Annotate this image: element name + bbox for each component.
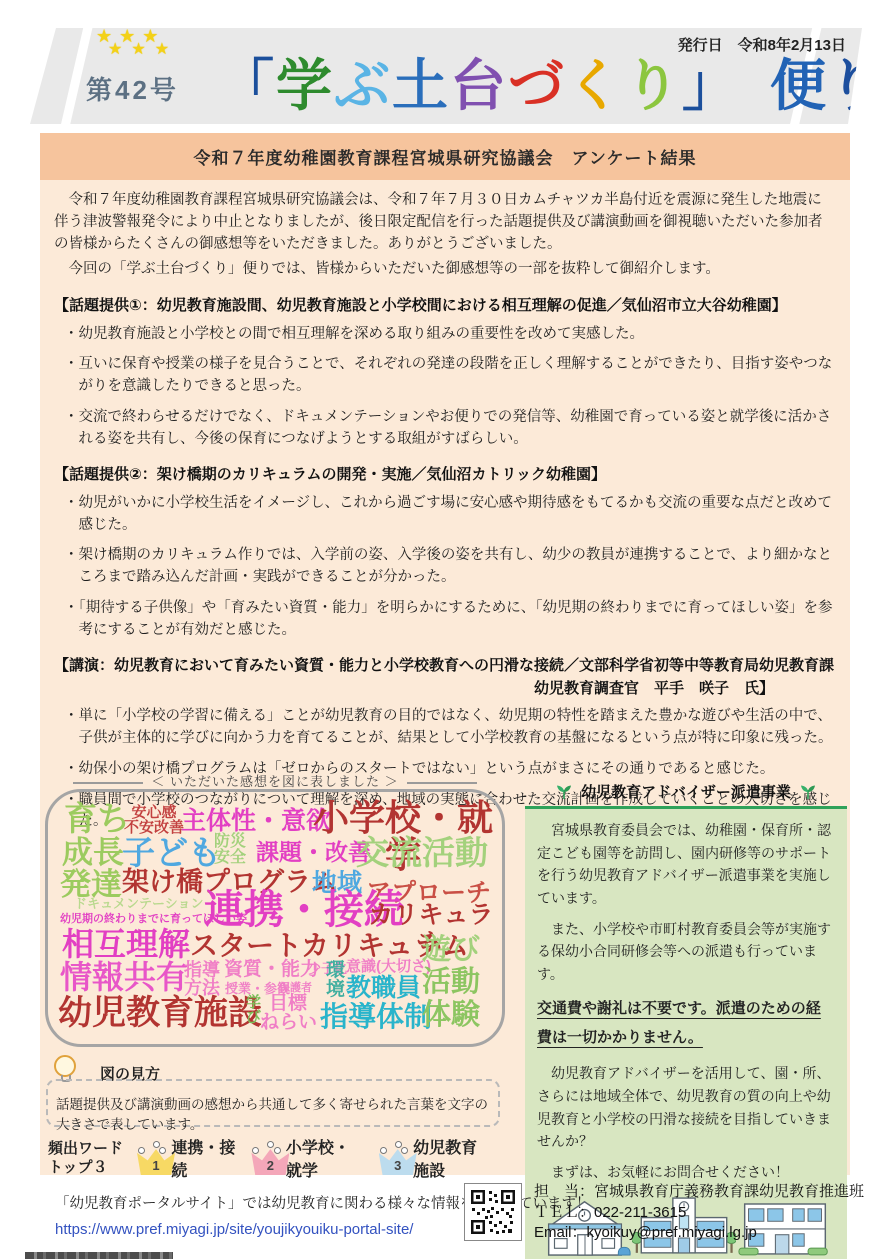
intro-paragraph: 今回の「学ぶ土台づくり」便りでは、皆様からいただいた御感想等の一部を抜粋して御紹… [54,259,836,281]
word-cloud-word: 教職員 [346,976,421,1002]
word-cloud-word: 課題・改善 [256,841,371,864]
contact-tel: ＴＥＬ：022-211-3615 [534,1203,864,1224]
top3-item-2: 2 小学校・就学 [251,1135,362,1181]
word-cloud-word: 目標 [269,994,307,1013]
newsletter-body: 令和７年度幼稚園教育課程宮城県研究協議会 アンケート結果 令和７年度幼稚園教育課… [40,133,850,1175]
advisor-paragraph: まずは、お気軽にお問合せください！ [537,1161,835,1184]
contact-block: 担 当：宮城県教育庁義務教育課幼児教育推進班 ＴＥＬ：022-211-3615 … [534,1182,864,1244]
title-char: 便 [770,54,828,117]
top3-item-3: 3 幼児教育施設 [379,1135,490,1181]
top3-item-1: 1 連携・接続 [137,1135,235,1181]
word-cloud-word: 交流活動 [356,836,488,870]
word-cloud-word: 資質・能力 [224,960,319,979]
frequent-words-top3: 頻出ワード トップ３ 1 連携・接続 2 小学校・就学 3 [48,1135,506,1181]
section-heading-topic2: 【話題提供②：架け橋期のカリキュラムの開発・実施／気仙沼カトリック幼稚園】 [54,464,836,487]
word-cloud-word: 学 び [246,995,261,1026]
title-char: く [566,54,624,117]
advisor-highlight: 交通費や謝礼は不要です。派遣のための経費は一切かかりません。 [537,994,835,1053]
word-cloud-word: 幼児教育施設 [58,996,262,1031]
top3-word: 連携・接続 [171,1135,235,1181]
word-cloud-word: 幼児期の終わりまでに育ってほしい姿 [60,914,247,925]
title-char: 」 [682,54,712,117]
qr-code [464,1183,522,1241]
word-cloud-word: 安心感 不安改善 [124,805,184,836]
word-cloud-word: 指導体制 [320,1003,432,1032]
title-char: 土 [392,54,450,117]
crown-1-icon: 1 [137,1141,167,1175]
bullet-item: 幼児教育施設と小学校との間で相互理解を深める取り組みの重要性を改めて実感した。 [64,324,834,346]
crown-2-icon: 2 [251,1141,281,1175]
word-cloud-word: 相互理解 [62,928,190,961]
word-cloud-word: 意識(大切さ) [346,959,431,974]
section-heading-topic1: 【話題提供①：幼児教育施設間、幼児教育施設と小学校間における相互理解の促進／気仙… [54,295,836,318]
word-cloud-word: 子ども [122,836,221,870]
bullet-item: 「期待する子供像」や「育みたい資質・能力」を明らかにするために、「幼児期の終わり… [64,598,834,642]
advisor-paragraph: 宮城県教育委員会では、幼稚園・保育所・認定こども園等を訪問し、園内研修等のサポー… [537,819,835,910]
word-cloud-word: ねらい [260,1013,317,1032]
section-bullets-topic2: 幼児がいかに小学校生活をイメージし、これから過ごす場に安心感や期待感をもてるかも… [54,493,836,642]
contact-department: 担 当：宮城県教育庁義務教育課幼児教育推進班 [534,1182,864,1203]
section-bullets-topic1: 幼児教育施設と小学校との間で相互理解を深める取り組みの重要性を改めて実感した。 … [54,324,836,451]
legend-text: 話題提供及び講演動画の感想から共通して多く寄せられた言葉を文字の大きさで表してい… [56,1093,492,1133]
title-char: 台 [450,54,508,117]
word-cloud-word: 体験 [422,1001,480,1031]
word-cloud-word: 指導 方法 [184,961,220,998]
word-cloud-word: 防災 安全 [214,834,246,867]
cropped-next-line [25,1252,173,1259]
title-char: ぶ [334,54,392,117]
title-char [712,54,770,117]
advisor-paragraph: 幼児教育アドバイザーを活用して、園・所、さらには地域全体で、幼児教育の質の向上や… [537,1062,835,1153]
word-cloud-caption: ＜ いただいた感想を図に表しました ＞ [45,771,505,790]
main-text: 令和７年度幼稚園教育課程宮城県研究協議会は、令和７年７月３０日カムチャツカ半島付… [40,180,850,833]
word-cloud-word: ドキュメンテーション [74,897,203,910]
advisor-title-row: 幼児教育アドバイザー派遣事業 [525,781,847,802]
title-char: 「 [218,54,276,117]
word-cloud: 育ち安心感 不安改善主体性・意欲小学校・就学成長子ども防災 安全課題・改善交流活… [45,789,505,1047]
top3-word: 小学校・就学 [286,1135,363,1181]
advisor-title: 幼児教育アドバイザー派遣事業 [581,781,791,802]
word-cloud-word: 育ち [64,802,130,836]
issue-number: 第42号 [86,70,179,107]
section-heading-lecture: 【講演：幼児教育において育みたい資質・能力と小学校教育への円滑な接続／文部科学省… [54,655,836,700]
publish-date: 発行日 令和8年2月13日 [678,34,846,55]
qr-pattern [469,1188,517,1236]
word-cloud-word: 成長 [62,837,124,869]
title-char: り [624,54,682,117]
lecture-speaker: 幼児教育調査官 平手 咲子 氏】 [54,678,836,701]
top3-word: 幼児教育施設 [413,1135,490,1181]
lightbulb-icon [54,1055,76,1077]
word-cloud-word: 情報共有 [60,961,188,994]
advisor-paragraph: また、小学校や市町村教育委員会等が実施する保幼小合同研修会等への派遣も行っていま… [537,918,835,986]
bullet-item: 交流で終わらせるだけでなく、ドキュメンテーションやお便りでの発信等、幼稚園で育っ… [64,407,834,451]
sprout-icon [799,784,817,800]
contact-email: Email：kyoikuy@pref.miyagi.lg.jp [534,1223,864,1244]
word-cloud-word: 環 境 [326,961,345,1000]
top3-label: 頻出ワード トップ３ [48,1139,123,1178]
bullet-item: 単に「小学校の学習に備える」ことが幼児教育の目的ではなく、幼児期の特性を踏まえた… [64,706,834,750]
stars-icon: ★★★ ★★★ [96,30,178,56]
crown-3-icon: 3 [379,1141,409,1175]
bullet-item: 架け橋期のカリキュラム作りでは、入学前の姿、入学後の姿を共有し、幼少の教員が連携… [64,545,834,589]
title-char: 学 [276,54,334,117]
title-char: り [828,54,886,117]
sprout-icon [555,784,573,800]
bullet-item: 互いに保育や授業の様子を見合うことで、それぞれの発達の段階を正しく理解することが… [64,354,834,398]
word-cloud-word: 活動 [422,968,480,998]
intro-paragraph: 令和７年度幼稚園教育課程宮城県研究協議会は、令和７年７月３０日カムチャツカ半島付… [54,190,836,255]
bullet-item: 幼児がいかに小学校生活をイメージし、これから過ごす場に安心感や期待感をもてるかも… [64,493,834,537]
masthead: ★★★ ★★★ 第42号 「学ぶ土台づくり」 便り 発行日 令和8年2月13日 [30,28,862,124]
page-title: 令和７年度幼稚園教育課程宮城県研究協議会 アンケート結果 [40,133,850,180]
title-char: づ [508,54,566,117]
